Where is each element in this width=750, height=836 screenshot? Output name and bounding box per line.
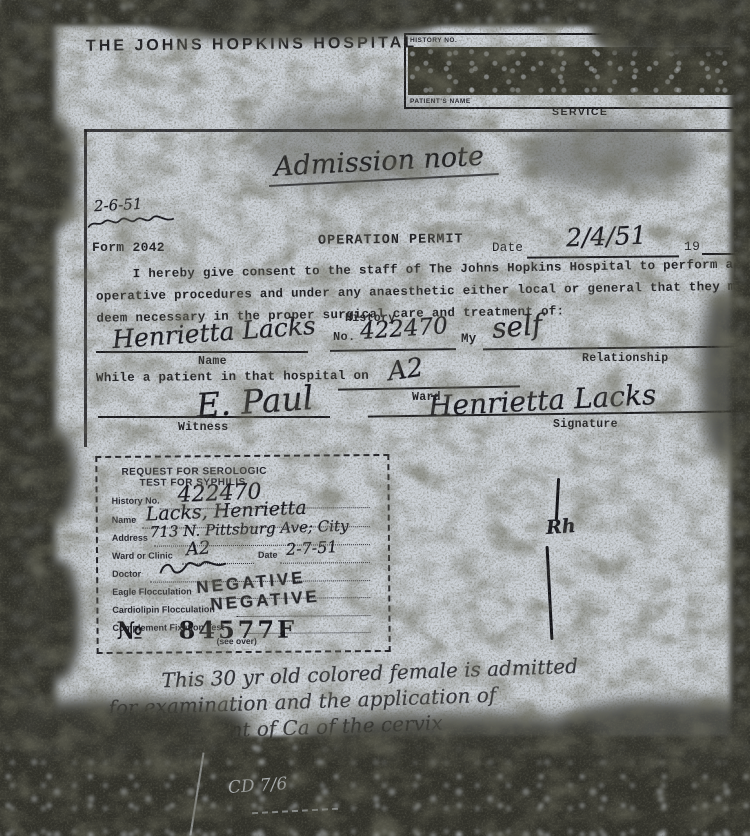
permit-box-right-border: [734, 129, 736, 279]
relationship-handwriting: self: [491, 308, 544, 345]
rh-mark: Rh: [545, 515, 576, 539]
witness-label: Witness: [178, 421, 228, 434]
toner-top-band: [0, 0, 750, 26]
toner-left-blob-2: [34, 430, 76, 520]
serology-date-value: 2-7-51: [285, 537, 338, 559]
consent-line-1: I hereby give consent to the staff of Th…: [133, 258, 749, 282]
form-number-value: 84577F: [179, 615, 298, 645]
margin-date-handwriting: 2-6-51: [94, 195, 143, 216]
form-number: Form 2042: [92, 240, 165, 255]
history-box: HISTORY NO. PATIENT'S NAME: [404, 33, 741, 109]
rh-pen-stroke-upper: [555, 478, 560, 520]
serology-form-number: №84577F: [116, 615, 297, 645]
toner-left-blob-1: [30, 120, 76, 230]
serology-address-label: Address: [112, 533, 148, 543]
bottom-notes: This 30 yr old colored female is admitte…: [0, 0, 726, 14]
admission-note-handwriting: Admission note: [267, 140, 499, 187]
toner-bottom-band: [0, 736, 750, 836]
service-label: SERVICE: [552, 106, 608, 118]
history-no-prefix: No.: [333, 330, 356, 344]
my-label: My: [461, 332, 477, 346]
hospital-name: THE JOHNS HOPKINS HOSPITAL: [86, 34, 417, 55]
history-line: [330, 348, 456, 352]
toner-left-blob-3: [36, 560, 80, 680]
history-no-label: HISTORY NO.: [410, 37, 457, 44]
witness-handwriting: E. Paul: [195, 378, 315, 425]
relationship-line: [483, 346, 737, 351]
year-prefix: 19: [684, 239, 700, 254]
date-label: Date: [492, 241, 523, 255]
rh-pen-stroke-lower: [546, 546, 553, 640]
toner-left-strip: [0, 0, 56, 836]
serology-cardiolipin-label: Cardiolipin Flocculation: [112, 604, 215, 615]
toner-bottom-ragged-3: [560, 700, 750, 770]
serology-doctor-label: Doctor: [112, 569, 141, 579]
name-line: [96, 351, 308, 353]
name-label: Name: [198, 355, 227, 368]
margin-signature-scribble: [86, 212, 179, 231]
toner-right-strip: [730, 0, 750, 836]
photocopied-medical-record: THE JOHNS HOPKINS HOSPITAL HISTORY NO. P…: [0, 0, 750, 836]
bottom-scratch-line: [189, 752, 204, 835]
cd-ghost-mark: CD 7/6: [227, 774, 288, 798]
permit-title: OPERATION PERMIT: [318, 232, 464, 249]
permit-box-left-border: [84, 129, 87, 447]
signature-handwriting: Henrietta Lacks: [427, 378, 657, 423]
consent-line-2: operative procedures and under any anaes…: [96, 279, 750, 303]
year-line: [702, 253, 742, 255]
ward-handwriting: A2: [386, 353, 425, 388]
toner-right-blob: [700, 290, 746, 460]
serology-box: REQUEST FOR SEROLOGIC TEST FOR SYPHILIS …: [95, 454, 390, 654]
date-handwriting: 2/4/51: [566, 221, 647, 253]
signature-label: Signature: [553, 418, 618, 431]
history-box-toner: [408, 47, 737, 95]
patient-name-label: PATIENT'S NAME: [410, 98, 471, 105]
permit-box-top-border: [84, 129, 736, 132]
form-number-symbol: №: [116, 616, 144, 645]
serology-date-line: [280, 562, 370, 564]
serology-date-label: Date: [258, 550, 278, 560]
relationship-label: Relationship: [582, 352, 668, 365]
consent-paragraph: I hereby give consent to the staff of Th…: [0, 0, 745, 6]
serology-eagle-label: Eagle Flocculation: [112, 586, 192, 597]
serology-name-label: Name: [112, 515, 137, 525]
bottom-ghost-dash: [252, 808, 338, 814]
history-number-handwriting: 422470: [359, 313, 448, 345]
